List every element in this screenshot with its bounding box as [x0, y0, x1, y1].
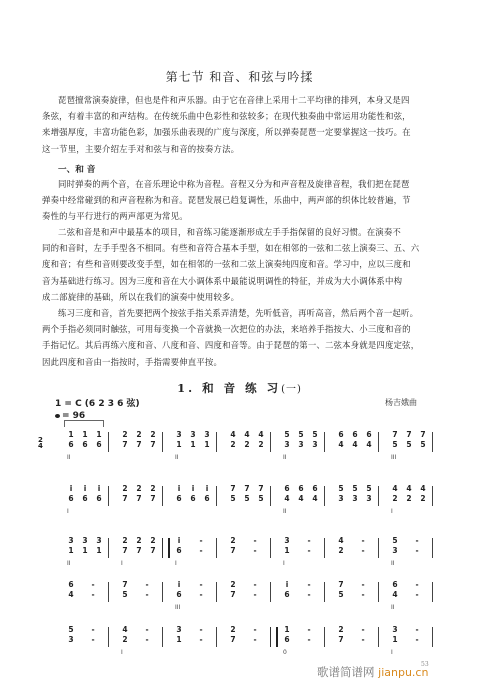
chord: 27: [134, 430, 144, 450]
note-upper: -: [88, 580, 98, 590]
note-upper: -: [412, 580, 422, 590]
chord: 64: [310, 484, 320, 504]
chord: --: [250, 625, 260, 645]
measure: 424242: [220, 430, 274, 466]
bar-line: [216, 486, 217, 506]
chord: 53: [336, 484, 346, 504]
measure: 42--I: [112, 625, 166, 661]
note-upper: 1: [66, 430, 76, 440]
note-upper: 3: [174, 430, 184, 440]
chord: 64: [336, 430, 346, 450]
time-signature-bottom: 4: [38, 443, 43, 449]
note-lower: 5: [390, 440, 400, 450]
note-upper: 5: [390, 536, 400, 546]
note-lower: -: [88, 590, 98, 600]
note-lower: 6: [282, 635, 292, 645]
note-lower: 6: [94, 494, 104, 504]
note-lower: 7: [134, 494, 144, 504]
note-upper: -: [196, 580, 206, 590]
note-lower: -: [412, 546, 422, 556]
measure: 535353: [328, 484, 382, 520]
bar-line: [378, 432, 379, 452]
note-lower: 4: [296, 494, 306, 504]
note-lower: 5: [120, 590, 130, 600]
note-lower: 7: [148, 440, 158, 450]
bar-line: [378, 486, 379, 506]
paragraph-two-string: 二弦和音是和声中最基本的项目，和音练习能逐渐形成左手手指保留的良好习惯。在演奏不…: [42, 224, 458, 305]
note-lower: -: [142, 635, 152, 645]
bar-line: [108, 432, 109, 452]
note-lower: 6: [174, 546, 184, 556]
note-upper: 4: [228, 430, 238, 440]
chord: 16: [94, 430, 104, 450]
bar-line: [324, 582, 325, 602]
note-upper: 3: [174, 625, 184, 635]
note-lower: 1: [94, 546, 104, 556]
watermark: 歌谱简谱网 jianpu.cn: [317, 664, 428, 680]
note-upper: i: [66, 484, 76, 494]
chord: --: [358, 580, 368, 600]
bar-line: [432, 486, 433, 506]
note-upper: 6: [296, 484, 306, 494]
chord: 31: [282, 536, 292, 556]
note-upper: 2: [120, 536, 130, 546]
note-lower: 3: [336, 494, 346, 504]
measure: 53--II: [382, 536, 436, 572]
intro-paragraph: 琵琶擅常演奏旋律，但也是件和声乐器。由于它在音律上采用十二平均律的排列，本身又是…: [42, 92, 458, 157]
chord: 75: [390, 430, 400, 450]
note-lower: 4: [390, 590, 400, 600]
chord: 27: [134, 484, 144, 504]
note-lower: 2: [256, 440, 266, 450]
chord: 53: [310, 430, 320, 450]
note-upper: 3: [94, 536, 104, 546]
composer-credit: 杨吉娥曲: [385, 397, 417, 408]
chord: 42: [256, 430, 266, 450]
chord: 53: [282, 430, 292, 450]
chord: 42: [404, 484, 414, 504]
measure: 313131II: [166, 430, 220, 466]
note-lower: -: [250, 635, 260, 645]
note-lower: 5: [242, 494, 252, 504]
measure: 27--: [220, 580, 274, 616]
chord: 64: [282, 484, 292, 504]
note-upper: 6: [390, 580, 400, 590]
note-lower: 1: [202, 440, 212, 450]
fingering-mark: I: [175, 560, 177, 567]
chord: 75: [404, 430, 414, 450]
measure: 272727: [112, 484, 166, 520]
subsection-heading: 一、和 音: [58, 163, 95, 175]
note-upper: 5: [66, 625, 76, 635]
text-line: 度和音；有些和音则要改变手型，如在相邻的一弦和二弦上演奏纯四度和音。学习中，应以…: [42, 256, 458, 272]
bar-line: [270, 582, 271, 602]
note-upper: -: [412, 625, 422, 635]
chord: 27: [228, 625, 238, 645]
note-upper: 3: [282, 536, 292, 546]
note-upper: 2: [134, 430, 144, 440]
bar-line: [324, 627, 325, 647]
note-lower: -: [250, 590, 260, 600]
text-line: 奏性的与平行进行的两声部更为常见。: [42, 208, 458, 224]
note-upper: 5: [350, 484, 360, 494]
note-lower: -: [412, 590, 422, 600]
chord: i6: [188, 484, 198, 504]
text-line: 同时弹奏的两个音，在音乐理论中称为音程。音程又分为和声音程及旋律音程，我们把在琵…: [42, 176, 458, 192]
note-lower: 2: [404, 494, 414, 504]
note-lower: 1: [282, 546, 292, 556]
chord: 75: [256, 484, 266, 504]
chord: i6: [80, 484, 90, 504]
note-lower: 6: [94, 440, 104, 450]
note-lower: 3: [282, 440, 292, 450]
note-upper: -: [142, 580, 152, 590]
chord: 42: [390, 484, 400, 504]
chord: 27: [148, 484, 158, 504]
text-line: 练习三度和音，首先要把两个按弦手指关系弄清楚，先听低音，再听高音，然后两个音一起…: [42, 305, 458, 321]
note-lower: -: [196, 635, 206, 645]
text-line: 同的和音时，左手手型各不相同。有些和音符合基本手型，如在相邻的一弦和二弦上演奏三…: [42, 240, 458, 256]
note-lower: 2: [228, 440, 238, 450]
chord: 75: [242, 484, 252, 504]
bar-line: [108, 582, 109, 602]
measure: i6--I: [166, 536, 220, 572]
note-upper: i: [188, 484, 198, 494]
measure: 272727I: [112, 536, 166, 572]
chord: 27: [120, 430, 130, 450]
note-lower: 1: [80, 546, 90, 556]
measure: 64--II: [382, 580, 436, 616]
note-lower: 6: [202, 494, 212, 504]
chord: 42: [336, 536, 346, 556]
watermark-latin: jianpu.cn: [378, 666, 428, 679]
note-lower: 7: [228, 590, 238, 600]
note-lower: 1: [390, 635, 400, 645]
note-upper: -: [358, 625, 368, 635]
note-lower: 6: [80, 440, 90, 450]
section-title: 第七节 和音、和弦与吟揉: [0, 68, 479, 85]
measure: 313131II: [58, 536, 112, 572]
text-line: 因此四度和音由一指按时，手指需要伸直平按。: [42, 354, 458, 370]
note-lower: 3: [364, 494, 374, 504]
chord: 75: [418, 430, 428, 450]
chord: --: [412, 536, 422, 556]
note-upper: i: [174, 536, 184, 546]
bar-line: [270, 432, 271, 452]
note-upper: 7: [404, 430, 414, 440]
bar-line: [270, 538, 271, 558]
note-upper: 4: [242, 430, 252, 440]
chord: --: [304, 580, 314, 600]
chord: 64: [66, 580, 76, 600]
bar-line: [378, 582, 379, 602]
note-upper: -: [304, 580, 314, 590]
note-lower: 1: [66, 546, 76, 556]
fingering-mark: I: [121, 560, 123, 567]
bar-line: [432, 432, 433, 452]
fingering-mark: II: [283, 454, 287, 461]
fingering-mark: II: [67, 560, 71, 567]
chord: --: [142, 625, 152, 645]
bar-line: [108, 538, 109, 558]
bar-line: [216, 432, 217, 452]
note-lower: 5: [418, 440, 428, 450]
note-lower: 1: [174, 440, 184, 450]
text-line: 来增强厚度，丰富功能色彩，加强乐曲表现的广度与深度，所以弹奏琵琶一定要掌握这一技…: [42, 124, 458, 140]
measure: 31--I: [274, 536, 328, 572]
note-upper: 2: [120, 484, 130, 494]
note-upper: 5: [282, 430, 292, 440]
chord: 53: [296, 430, 306, 450]
fingering-mark: II: [391, 604, 395, 611]
bar-line: [108, 486, 109, 506]
chord: --: [196, 580, 206, 600]
note-upper: 7: [390, 430, 400, 440]
note-lower: 4: [364, 440, 374, 450]
note-lower: 4: [350, 440, 360, 450]
note-upper: i: [202, 484, 212, 494]
text-line: 二弦和音是和声中最基本的项目，和音练习能逐渐形成左手手指保留的良好习惯。在演奏不: [42, 224, 458, 240]
note-lower: 7: [336, 635, 346, 645]
note-lower: 6: [282, 590, 292, 600]
note-lower: 7: [148, 546, 158, 556]
note-upper: 7: [418, 430, 428, 440]
note-upper: 3: [390, 625, 400, 635]
chord: 75: [336, 580, 346, 600]
fingering-mark: I: [67, 508, 69, 515]
note-lower: 6: [188, 494, 198, 504]
measure: 424242I: [382, 484, 436, 520]
note-upper: -: [142, 625, 152, 635]
note-upper: -: [304, 625, 314, 635]
note-upper: 2: [228, 536, 238, 546]
measure: i6--III: [166, 580, 220, 616]
note-lower: -: [304, 590, 314, 600]
note-lower: 2: [418, 494, 428, 504]
chord: 27: [148, 430, 158, 450]
bar-line: [162, 582, 163, 602]
chord: --: [250, 536, 260, 556]
note-lower: 2: [242, 440, 252, 450]
paragraph-thirds-practice: 练习三度和音，首先要把两个按弦手指关系弄清楚，先听低音，再听高音，然后两个音一起…: [42, 305, 458, 370]
chord: 42: [120, 625, 130, 645]
fingering-mark: I: [121, 649, 123, 656]
measure: 646464: [328, 430, 382, 466]
chord: i6: [174, 536, 184, 556]
chord: --: [304, 625, 314, 645]
quarter-note-icon: [55, 414, 60, 418]
note-lower: 6: [80, 494, 90, 504]
measure: 75--: [112, 580, 166, 616]
time-signature: 2 4: [38, 437, 43, 449]
note-lower: 2: [336, 546, 346, 556]
chord: 27: [148, 536, 158, 556]
bar-line: [324, 432, 325, 452]
chord: --: [358, 625, 368, 645]
fingering-mark: 0: [283, 649, 287, 656]
chord: i6: [174, 484, 184, 504]
note-lower: 1: [188, 440, 198, 450]
fingering-mark: III: [391, 454, 396, 461]
chord: 31: [390, 625, 400, 645]
chord: --: [88, 625, 98, 645]
note-lower: 3: [350, 494, 360, 504]
chord: 53: [364, 484, 374, 504]
note-lower: 7: [228, 546, 238, 556]
chord: 16: [66, 430, 76, 450]
technique-bracket: [64, 420, 104, 427]
note-lower: 6: [174, 494, 184, 504]
chord: 75: [120, 580, 130, 600]
chord: 27: [228, 536, 238, 556]
bar-line: [270, 486, 271, 506]
chord: 53: [390, 536, 400, 556]
note-lower: -: [250, 546, 260, 556]
note-upper: -: [88, 625, 98, 635]
note-upper: 7: [256, 484, 266, 494]
note-upper: i: [94, 484, 104, 494]
note-upper: 5: [310, 430, 320, 440]
note-upper: 3: [202, 430, 212, 440]
measure: 75--: [328, 580, 382, 616]
chord: i6: [94, 484, 104, 504]
chord: 64: [296, 484, 306, 504]
fingering-mark: II: [283, 508, 287, 515]
chord: 75: [228, 484, 238, 504]
chord: --: [142, 580, 152, 600]
note-upper: i: [282, 580, 292, 590]
chord: i6: [174, 580, 184, 600]
note-upper: 2: [228, 580, 238, 590]
note-upper: 1: [282, 625, 292, 635]
chord: 31: [174, 625, 184, 645]
note-upper: 5: [336, 484, 346, 494]
note-upper: i: [80, 484, 90, 494]
note-upper: 1: [94, 430, 104, 440]
note-lower: -: [358, 635, 368, 645]
note-upper: -: [250, 625, 260, 635]
note-upper: 2: [148, 484, 158, 494]
note-upper: -: [358, 536, 368, 546]
chord: 31: [174, 430, 184, 450]
fingering-mark: III: [175, 604, 180, 611]
note-lower: 7: [148, 494, 158, 504]
bar-line: [216, 538, 217, 558]
fingering-mark: II: [67, 454, 71, 461]
note-lower: 6: [174, 590, 184, 600]
bar-line: [162, 432, 163, 452]
bar-line: [432, 627, 433, 647]
note-lower: 6: [66, 440, 76, 450]
chord: --: [88, 580, 98, 600]
fingering-mark: II: [391, 560, 395, 567]
chord: 42: [418, 484, 428, 504]
chord: 31: [94, 536, 104, 556]
measure: 646464II: [274, 484, 328, 520]
note-lower: -: [196, 590, 206, 600]
chord: 53: [66, 625, 76, 645]
bar-line: [216, 582, 217, 602]
measure: 757575: [220, 484, 274, 520]
text-line: 这一节里，主要介绍左手对和弦与和音的按奏方法。: [42, 141, 458, 157]
chord: 64: [350, 430, 360, 450]
text-line: 两个手指必须同时触弦，可用每变换一个音就换一次把位的办法，来培养手指按大、小三度…: [42, 321, 458, 337]
chord: 27: [120, 484, 130, 504]
key-signature: 1 = C (6 2 3 6 弦): [55, 396, 140, 409]
measure: 31--: [166, 625, 220, 661]
chord: 53: [350, 484, 360, 504]
note-upper: -: [304, 536, 314, 546]
note-upper: -: [196, 625, 206, 635]
note-lower: -: [358, 590, 368, 600]
bar-line: [324, 486, 325, 506]
text-line: 手指记忆。其后再练六度和音、八度和音、四度和音等。由于琵琶的第一、二弦本身就是四…: [42, 337, 458, 353]
note-upper: 2: [148, 430, 158, 440]
chord: --: [196, 536, 206, 556]
measure: 161616II: [58, 430, 112, 466]
chord: 27: [120, 536, 130, 556]
fingering-mark: I: [283, 560, 285, 567]
measure: 27--: [328, 625, 382, 661]
note-upper: 2: [134, 484, 144, 494]
note-upper: 7: [242, 484, 252, 494]
chord: 64: [364, 430, 374, 450]
note-lower: 3: [296, 440, 306, 450]
note-lower: 1: [174, 635, 184, 645]
chord: --: [412, 580, 422, 600]
note-lower: 7: [228, 635, 238, 645]
bar-line: [162, 486, 163, 506]
paragraph-intervals: 同时弹奏的两个音，在音乐理论中称为音程。音程又分为和声音程及旋律音程，我们把在琵…: [42, 176, 458, 225]
note-lower: -: [304, 635, 314, 645]
note-upper: -: [358, 580, 368, 590]
chord: 16: [80, 430, 90, 450]
note-lower: 5: [336, 590, 346, 600]
chord: 16: [282, 625, 292, 645]
note-upper: 4: [404, 484, 414, 494]
note-lower: 3: [310, 440, 320, 450]
note-lower: 7: [120, 546, 130, 556]
chord: 42: [228, 430, 238, 450]
note-upper: -: [412, 536, 422, 546]
note-lower: 4: [66, 590, 76, 600]
note-upper: 3: [66, 536, 76, 546]
note-upper: -: [250, 536, 260, 546]
text-line: 条弦，有着丰富的和声结构。在传统乐曲中色彩性和弦较多；在现代独奏曲中常运用功能性…: [42, 108, 458, 124]
note-upper: i: [174, 484, 184, 494]
measure: i6--: [274, 580, 328, 616]
measure: 31--I: [382, 625, 436, 661]
measure: i6i6i6: [166, 484, 220, 520]
bar-line: [378, 627, 379, 647]
note-lower: 3: [390, 546, 400, 556]
measure: 27--: [220, 536, 274, 572]
chord: --: [358, 536, 368, 556]
bar-line: [324, 538, 325, 558]
note-upper: 2: [228, 625, 238, 635]
measure: 757575III: [382, 430, 436, 466]
text-line: 成二部旋律的基础，所以在我们的演奏中使用较多。: [42, 289, 458, 305]
note-lower: 7: [120, 494, 130, 504]
note-lower: 4: [282, 494, 292, 504]
note-upper: 4: [256, 430, 266, 440]
note-lower: -: [358, 546, 368, 556]
note-upper: 6: [66, 580, 76, 590]
note-lower: 7: [120, 440, 130, 450]
note-upper: -: [250, 580, 260, 590]
measure: 64--: [58, 580, 112, 616]
note-upper: 5: [364, 484, 374, 494]
